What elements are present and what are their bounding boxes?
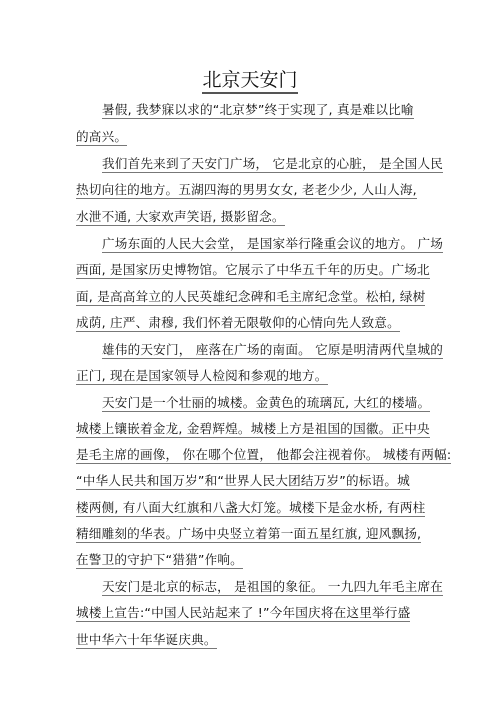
paragraph-2-line-2: 热切向往的地方。五湖四海的男男女女, 老老少少, 人山人海, — [76, 181, 417, 199]
paragraph-5-line-7: 在警卫的守护下“猎猎”作响。 — [76, 551, 243, 569]
paragraph-5-line-4: “中华人民共和国万岁”和“世界人民大团结万岁”的标语。城 — [76, 472, 410, 490]
paragraph-6-line-3: 世中华六十年华诞庆典。 — [76, 631, 217, 649]
paragraph-5-line-2: 城楼上镶嵌着金龙, 金碧辉煌。城楼上方是祖国的国徽。正中央 — [76, 420, 430, 438]
paragraph-5-line-6: 精细雕刻的华表。广场中央竖立着第一面五星红旗, 迎风飘扬, — [76, 525, 421, 543]
paragraph-5-line-3: 是毛主席的画像， 你在哪个位置， 他都会注视着你。 城楼有两幅: — [76, 446, 451, 464]
document-page: 北京天安门 暑假, 我梦寐以求的“北京梦”终于实现了, 真是难以比喻 的高兴。 … — [0, 0, 500, 708]
paragraph-5-line-5: 楼两侧, 有八面大红旗和八盏大灯笼。城楼下是金水桥, 有两柱 — [76, 499, 425, 517]
paragraph-3-line-2: 西面, 是国家历史博物馆。它展示了中华五千年的历史。广场北 — [76, 261, 430, 279]
paragraph-3-line-3: 面, 是高高耸立的人民英雄纪念碑和毛主席纪念堂。松柏, 绿树 — [76, 288, 425, 306]
paragraph-6-line-2: 城楼上宣告:“中国人民站起来了 !”今年国庆将在这里举行盛 — [76, 604, 410, 622]
paragraph-3-line-4: 成荫, 庄严、肃穆, 我们怀着无限敬仰的心情向先人致意。 — [76, 314, 400, 332]
paragraph-4-line-1: 雄伟的天安门， 座落在广场的南面。 它原是明清两代皇城的 — [102, 341, 443, 359]
title-text: 北京天安门 — [202, 69, 297, 94]
paragraph-4-line-2: 正门, 现在是国家领导人检阅和参观的地方。 — [76, 367, 328, 385]
paragraph-2-line-1: 我们首先来到了天安门广场， 它是北京的心脏， 是全国人民 — [102, 155, 443, 173]
paragraph-2-line-3: 水泄不通, 大家欢声笑语, 摄影留念。 — [76, 208, 285, 226]
paragraph-1-line-1: 暑假, 我梦寐以求的“北京梦”终于实现了, 真是难以比喻 — [102, 101, 414, 119]
document-title: 北京天安门 — [0, 66, 500, 94]
paragraph-3-line-1: 广场东面的人民大会堂， 是国家举行隆重会议的地方。 广场 — [102, 235, 443, 253]
paragraph-6-line-1: 天安门是北京的标志， 是祖国的象征。 一九四九年毛主席在 — [102, 578, 443, 596]
paragraph-5-line-1: 天安门是一个壮丽的城楼。金黄色的琉璃瓦, 大红的楼墙。 — [102, 394, 430, 412]
paragraph-1-line-2: 的高兴。 — [76, 128, 127, 146]
